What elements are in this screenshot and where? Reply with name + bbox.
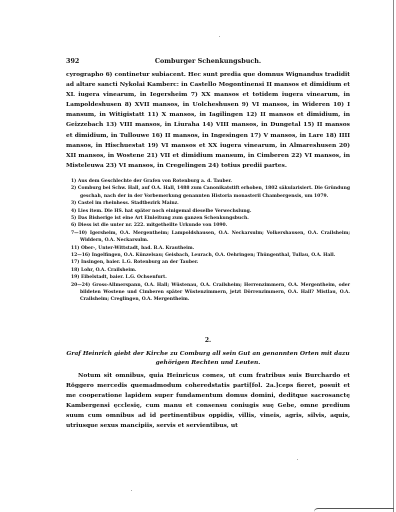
book-page: 392 Comburger Schenkungsbuch. cyrographo… (66, 57, 350, 431)
scan-speck (297, 459, 298, 460)
page-number: 392 (66, 57, 106, 65)
scan-speck (219, 36, 220, 37)
running-title: Comburger Schenkungsbuch. (106, 57, 350, 65)
main-text: cyrographo 6) continetur subiacent. Hec … (66, 70, 350, 171)
main-paragraph: cyrographo 6) continetur subiacent. Hec … (66, 70, 350, 171)
footnote: 4) Lies item. Die HS. hat später noch ei… (66, 208, 350, 215)
footnote: 3) Castel im rheinhess. Stadtbezirk Main… (66, 200, 350, 207)
page-edge (393, 0, 394, 512)
section-title: Graf Heinrich giebt der Kirche zu Combur… (66, 349, 350, 368)
footnote: 6) Diess ist die unter nr. 222. mitgethe… (66, 222, 350, 229)
footnote: 7—10) Igersheim, O.A. Mergentheim; Lampo… (66, 230, 350, 245)
running-head: 392 Comburger Schenkungsbuch. (66, 57, 350, 67)
footnote: 11) Ober-, Unter-Wittstadt, bad. B.A. Kr… (66, 245, 350, 252)
footnote: 2) Comburg bei Schw. Hall, auf O.A. Hall… (66, 185, 350, 200)
footnote: 20—24) Gross-Allmerspann, O.A. Hall; Wüs… (66, 282, 350, 304)
footnote: 19) Eibelstadt, baier. L.G. Ochsenfurt. (66, 274, 350, 281)
footnote: 12—16) Ingelfingen, O.A. Künzelsau; Geis… (66, 252, 350, 259)
footnotes: 1) Aus dem Geschlechte der Grafen von Ro… (66, 178, 350, 304)
footnote: 17) Insingen, baier. L.G. Rotenburg an d… (66, 259, 350, 266)
footnote: 18) Lohr, O.A. Crailsheim. (66, 267, 350, 274)
section-number: 2. (66, 337, 350, 344)
scan-speck (131, 490, 132, 491)
charter-text: Notum sit omnibus, quia Heinricus comes,… (66, 371, 350, 432)
charter-paragraph: Notum sit omnibus, quia Heinricus comes,… (66, 371, 350, 432)
footnote: 1) Aus dem Geschlechte der Grafen von Ro… (66, 178, 350, 185)
footnote: 5) Das Bisherige ist eine Art Einleitung… (66, 215, 350, 222)
page-curl (314, 508, 394, 512)
